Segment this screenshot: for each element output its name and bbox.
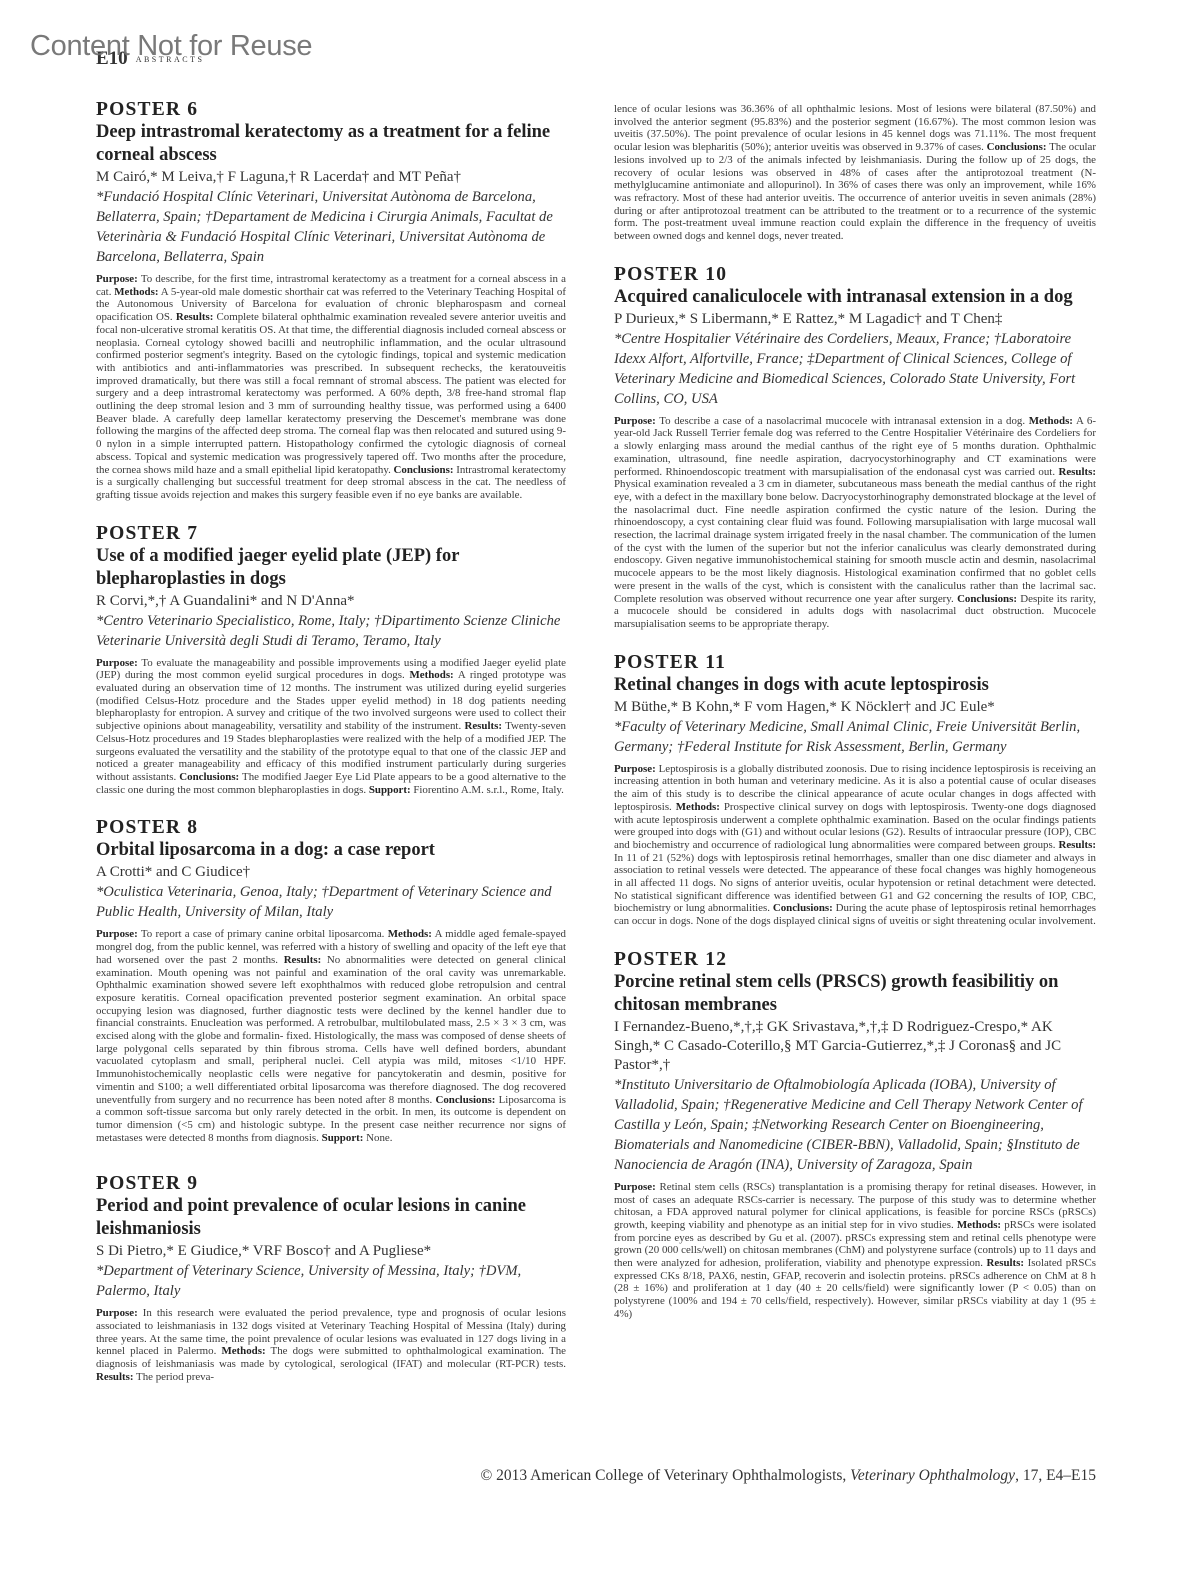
poster-label: POSTER 6 xyxy=(96,98,566,121)
methods-label: Methods: xyxy=(114,286,158,298)
poster-10: POSTER 10 Acquired canaliculocele with i… xyxy=(614,263,1096,631)
poster-title: Retinal changes in dogs with acute lepto… xyxy=(614,674,1096,697)
results-label: Results: xyxy=(176,311,214,323)
support-label: Support: xyxy=(369,784,411,796)
conclusions-label: Conclusions: xyxy=(773,902,833,914)
poster-6: POSTER 6 Deep intrastromal keratectomy a… xyxy=(96,98,566,502)
results-text: No abnormalities were detected on genera… xyxy=(96,954,566,1106)
poster-authors: I Fernandez-Bueno,*,†,‡ GK Srivastava,*,… xyxy=(614,1018,1096,1075)
methods-label: Methods: xyxy=(221,1345,265,1357)
poster-affiliations: *Faculty of Veterinary Medicine, Small A… xyxy=(614,717,1096,757)
results-label: Results: xyxy=(1058,466,1096,478)
poster-9: POSTER 9 Period and point prevalence of … xyxy=(96,1172,566,1383)
results-label: Results: xyxy=(284,954,322,966)
poster-abstract: Purpose: To describe, for the first time… xyxy=(96,273,566,502)
watermark: Content Not for Reuse xyxy=(30,30,312,63)
poster-label: POSTER 12 xyxy=(614,948,1096,971)
poster-abstract: Purpose: Leptospirosis is a globally dis… xyxy=(614,763,1096,928)
poster-abstract: Purpose: To describe a case of a nasolac… xyxy=(614,415,1096,631)
poster-authors: A Crotti* and C Giudice† xyxy=(96,863,566,882)
poster-authors: M Cairó,* M Leiva,† F Laguna,† R Lacerda… xyxy=(96,168,566,187)
poster-affiliations: *Oculistica Veterinaria, Genoa, Italy; †… xyxy=(96,882,566,922)
poster-affiliations: *Department of Veterinary Science, Unive… xyxy=(96,1261,566,1301)
purpose-label: Purpose: xyxy=(614,763,656,775)
poster-title: Porcine retinal stem cells (PRSCS) growt… xyxy=(614,971,1096,1017)
footer-journal: Veterinary Ophthalmology xyxy=(850,1467,1015,1484)
poster-affiliations: *Fundació Hospital Clínic Veterinari, Un… xyxy=(96,187,566,267)
poster-label: POSTER 10 xyxy=(614,263,1096,286)
poster-abstract: Purpose: To evaluate the manageability a… xyxy=(96,657,566,797)
poster-8: POSTER 8 Orbital liposarcoma in a dog: a… xyxy=(96,816,566,1144)
support-text: Fiorentino A.M. s.r.l., Rome, Italy. xyxy=(413,784,564,796)
conclusions-label: Conclusions: xyxy=(957,593,1017,605)
results-label: Results: xyxy=(987,1257,1025,1269)
support-label: Support: xyxy=(322,1132,364,1144)
poster-affiliations: *Centre Hospitalier Vétérinaire des Cord… xyxy=(614,329,1096,409)
methods-label: Methods: xyxy=(957,1219,1001,1231)
poster-authors: R Corvi,*,† A Guandalini* and N D'Anna* xyxy=(96,592,566,611)
poster-authors: M Büthe,* B Kohn,* F vom Hagen,* K Nöckl… xyxy=(614,698,1096,717)
conclusions-label: Conclusions: xyxy=(435,1094,495,1106)
poster-title: Acquired canaliculocele with intranasal … xyxy=(614,286,1096,309)
purpose-label: Purpose: xyxy=(614,415,656,427)
poster-abstract: Purpose: Retinal stem cells (RSCs) trans… xyxy=(614,1181,1096,1321)
poster-label: POSTER 11 xyxy=(614,651,1096,674)
poster-label: POSTER 8 xyxy=(96,816,566,839)
results-text: Physical examination revealed a 3 cm in … xyxy=(614,478,1096,604)
conclusions-label: Conclusions: xyxy=(394,464,454,476)
right-column: lence of ocular lesions was 36.36% of al… xyxy=(614,103,1096,1341)
footer-copyright: © 2013 American College of Veterinary Op… xyxy=(481,1467,851,1484)
poster-label: POSTER 9 xyxy=(96,1172,566,1195)
footer-volume: , 17, E4–E15 xyxy=(1015,1467,1096,1484)
poster-authors: S Di Pietro,* E Giudice,* VRF Bosco† and… xyxy=(96,1242,566,1261)
poster-7: POSTER 7 Use of a modified jaeger eyelid… xyxy=(96,522,566,797)
poster-title: Deep intrastromal keratectomy as a treat… xyxy=(96,121,566,167)
methods-label: Methods: xyxy=(676,801,720,813)
purpose-label: Purpose: xyxy=(96,657,138,669)
purpose-label: Purpose: xyxy=(614,1181,656,1193)
poster-abstract: Purpose: In this research were evaluated… xyxy=(96,1307,566,1383)
methods-label: Methods: xyxy=(388,928,432,940)
poster-abstract: Purpose: To report a case of primary can… xyxy=(96,928,566,1144)
results-text: The period preva- xyxy=(136,1371,214,1383)
poster-affiliations: *Centro Veterinario Specialistico, Rome,… xyxy=(96,611,566,651)
results-label: Results: xyxy=(464,720,502,732)
conclusions-label: Conclusions: xyxy=(987,141,1047,153)
left-column: POSTER 6 Deep intrastromal keratectomy a… xyxy=(96,98,566,1404)
results-label: Results: xyxy=(1058,839,1096,851)
purpose-text: To describe a case of a nasolacrimal muc… xyxy=(659,415,1025,427)
conclusions-label: Conclusions: xyxy=(179,771,239,783)
purpose-text: To report a case of primary canine orbit… xyxy=(141,928,385,940)
methods-label: Methods: xyxy=(1029,415,1073,427)
poster-abstract-continued: lence of ocular lesions was 36.36% of al… xyxy=(614,103,1096,243)
methods-label: Methods: xyxy=(410,669,454,681)
results-text: Complete bilateral ophthalmic examinatio… xyxy=(96,311,566,475)
poster-label: POSTER 7 xyxy=(96,522,566,545)
purpose-label: Purpose: xyxy=(96,273,138,285)
support-text: None. xyxy=(366,1132,392,1144)
poster-title: Use of a modified jaeger eyelid plate (J… xyxy=(96,545,566,591)
poster-11: POSTER 11 Retinal changes in dogs with a… xyxy=(614,651,1096,928)
purpose-label: Purpose: xyxy=(96,928,138,940)
poster-title: Orbital liposarcoma in a dog: a case rep… xyxy=(96,839,566,862)
results-label: Results: xyxy=(96,1371,134,1383)
purpose-label: Purpose: xyxy=(96,1307,138,1319)
poster-9-continued: lence of ocular lesions was 36.36% of al… xyxy=(614,103,1096,243)
poster-title: Period and point prevalence of ocular le… xyxy=(96,1195,566,1241)
page-footer: © 2013 American College of Veterinary Op… xyxy=(481,1467,1096,1485)
conclusions-text: The ocular lesions involved up to 2/3 of… xyxy=(614,141,1096,242)
poster-12: POSTER 12 Porcine retinal stem cells (PR… xyxy=(614,948,1096,1321)
poster-authors: P Durieux,* S Libermann,* E Rattez,* M L… xyxy=(614,310,1096,329)
poster-affiliations: *Instituto Universitario de Oftalmobiolo… xyxy=(614,1075,1096,1175)
